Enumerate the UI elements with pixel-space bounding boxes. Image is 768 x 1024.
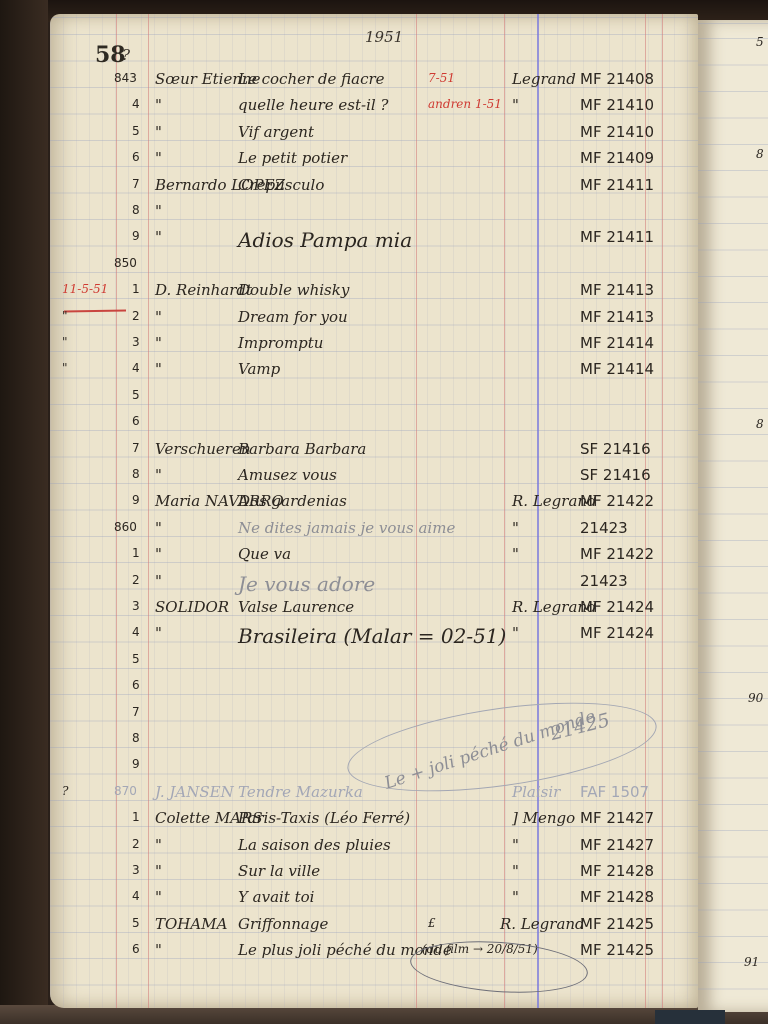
catalog-ref: MF 21425: [580, 943, 654, 958]
publisher: ": [512, 838, 519, 853]
entry-note: andren 1-51: [428, 98, 502, 110]
entry-note: £: [428, 917, 436, 929]
catalog-ref: MF 21411: [580, 178, 654, 193]
facing-number: 90: [748, 692, 763, 704]
song-title: Crepusculo: [238, 178, 324, 193]
song-title: Adios Pampa mia: [238, 230, 412, 250]
publisher: ] Mengo: [512, 811, 575, 826]
catalog-ref: MF 21414: [580, 362, 654, 377]
entry-number: 4: [132, 890, 140, 902]
artist-name: ": [155, 204, 162, 219]
artist-name: ": [155, 310, 162, 325]
entry-number: 2: [132, 574, 140, 586]
song-title: Le petit potier: [238, 151, 347, 166]
song-title: Que va: [238, 547, 291, 562]
catalog-ref: MF 21408: [580, 72, 654, 87]
entry-number: 5: [132, 917, 140, 929]
facing-page: 5 8 8 90 91: [698, 20, 768, 1012]
column-line: [662, 14, 663, 1008]
column-line-blue: [537, 14, 539, 1008]
catalog-ref: MF 21411: [580, 230, 654, 245]
catalog-ref: MF 21414: [580, 336, 654, 351]
entry-date: 11-5-51: [62, 283, 108, 295]
number-column-line: [148, 14, 149, 1008]
song-title: Paris-Taxis (Léo Ferré): [238, 811, 410, 826]
artist-name: ": [155, 574, 162, 589]
entry-number: 1: [132, 283, 140, 295]
song-title: Impromptu: [238, 336, 323, 351]
catalog-ref: MF 21422: [580, 494, 654, 509]
entry-number: 7: [132, 442, 140, 454]
ledger-page: 58 ? 1951 843Sœur EtienneLe cocher de fi…: [50, 14, 698, 1008]
song-title: Dream for you: [238, 310, 348, 325]
artist-name: ": [155, 468, 162, 483]
catalog-ref: 21423: [580, 574, 628, 589]
entry-number: 843: [114, 72, 137, 84]
artist-name: ": [155, 98, 162, 113]
facing-number: 5: [756, 36, 764, 48]
facing-number: 8: [756, 418, 764, 430]
entry-number: 4: [132, 626, 140, 638]
catalog-ref: MF 21427: [580, 838, 654, 853]
entry-number: 5: [132, 653, 140, 665]
entry-number: 4: [132, 362, 140, 374]
artist-name: ": [155, 943, 162, 958]
column-line: [416, 14, 417, 1008]
song-title: Vamp: [238, 362, 280, 377]
artist-name: ": [155, 626, 162, 641]
entry-number: 3: [132, 336, 140, 348]
entry-date: ": [62, 362, 68, 374]
entry-number: 7: [132, 706, 140, 718]
entry-number: 8: [132, 204, 140, 216]
entry-number: 8: [132, 468, 140, 480]
entry-number: 1: [132, 547, 140, 559]
entry-number: 3: [132, 600, 140, 612]
publisher: R. Legrand: [500, 917, 585, 932]
entry-number: 6: [132, 943, 140, 955]
entry-number: 860: [114, 521, 137, 533]
entry-number: 2: [132, 838, 140, 850]
entry-note: 7-51: [428, 72, 455, 84]
song-title: Griffonnage: [238, 917, 328, 932]
song-title: Amusez vous: [238, 468, 337, 483]
entry-number: 6: [132, 151, 140, 163]
facing-number: 8: [756, 148, 764, 160]
binding-tab: [655, 1010, 725, 1024]
catalog-ref: MF 21410: [580, 98, 654, 113]
catalog-ref: MF 21409: [580, 151, 654, 166]
song-title: Le cocher de fiacre: [238, 72, 385, 87]
catalog-ref: MF 21424: [580, 626, 654, 641]
catalog-ref: MF 21410: [580, 125, 654, 140]
publisher: ": [512, 864, 519, 879]
page-mark: ?: [122, 46, 130, 64]
catalog-ref: FAF 1507: [580, 785, 649, 800]
song-title: Valse Laurence: [238, 600, 354, 615]
publisher: ": [512, 98, 519, 113]
song-title: Vif argent: [238, 125, 314, 140]
artist-name: ": [155, 890, 162, 905]
entry-number: 5: [132, 389, 140, 401]
song-title: quelle heure est-il ?: [238, 98, 388, 113]
publisher: ": [512, 626, 519, 641]
song-title: Sur la ville: [238, 864, 320, 879]
song-title: Je vous adore: [238, 574, 375, 594]
catalog-ref: 21423: [580, 521, 628, 536]
entry-number: 9: [132, 758, 140, 770]
song-title: Barbara Barbara: [238, 442, 366, 457]
desk-background-left: [0, 0, 48, 1024]
artist-name: ": [155, 521, 162, 536]
entry-number: 7: [132, 178, 140, 190]
artist-name: TOHAMA: [155, 917, 227, 932]
artist-name: ": [155, 230, 162, 245]
column-line: [504, 14, 505, 1008]
publisher: ": [512, 521, 519, 536]
entry-number: 9: [132, 494, 140, 506]
publisher: ": [512, 547, 519, 562]
catalog-ref: MF 21413: [580, 310, 654, 325]
artist-name: J. JANSEN: [155, 785, 234, 800]
artist-name: ": [155, 864, 162, 879]
facing-number: 91: [744, 956, 759, 968]
publisher: Legrand: [512, 72, 576, 87]
entry-number: 4: [132, 98, 140, 110]
entry-number: 6: [132, 679, 140, 691]
entry-date: ": [62, 336, 68, 348]
catalog-ref: MF 21428: [580, 864, 654, 879]
catalog-ref: SF 21416: [580, 468, 651, 483]
catalog-ref: MF 21422: [580, 547, 654, 562]
song-title: La saison des pluies: [238, 838, 391, 853]
artist-name: ": [155, 125, 162, 140]
catalog-ref: MF 21427: [580, 811, 654, 826]
artist-name: SOLIDOR: [155, 600, 229, 615]
publisher: ": [512, 890, 519, 905]
song-title: Double whisky: [238, 283, 349, 298]
song-title: Dos gardenias: [238, 494, 347, 509]
entry-number: 850: [114, 257, 137, 269]
entry-number: 1: [132, 811, 140, 823]
entry-date: ": [62, 310, 68, 322]
artist-name: Verschueren: [155, 442, 251, 457]
artist-name: ": [155, 151, 162, 166]
song-title: Brasileira (Malar = 02-51): [238, 626, 506, 646]
artist-name: ": [155, 362, 162, 377]
artist-name: ": [155, 547, 162, 562]
entry-number: 3: [132, 864, 140, 876]
entry-number: 8: [132, 732, 140, 744]
catalog-ref: MF 21424: [580, 600, 654, 615]
artist-name: ": [155, 336, 162, 351]
artist-name: ": [155, 838, 162, 853]
catalog-ref: MF 21413: [580, 283, 654, 298]
song-title: Tendre Mazurka: [238, 785, 363, 800]
song-title: Ne dites jamais je vous aime: [238, 521, 455, 536]
margin-line: [116, 14, 117, 1008]
catalog-ref: SF 21416: [580, 442, 651, 457]
entry-date: ?: [62, 785, 68, 797]
song-title: Y avait toi: [238, 890, 314, 905]
entry-number: 870: [114, 785, 137, 797]
entry-number: 2: [132, 310, 140, 322]
year-header: 1951: [365, 28, 403, 46]
entry-number: 5: [132, 125, 140, 137]
catalog-ref: MF 21425: [580, 917, 654, 932]
entry-number: 9: [132, 230, 140, 242]
entry-number: 6: [132, 415, 140, 427]
publisher: Plaisir: [512, 785, 560, 800]
catalog-ref: MF 21428: [580, 890, 654, 905]
